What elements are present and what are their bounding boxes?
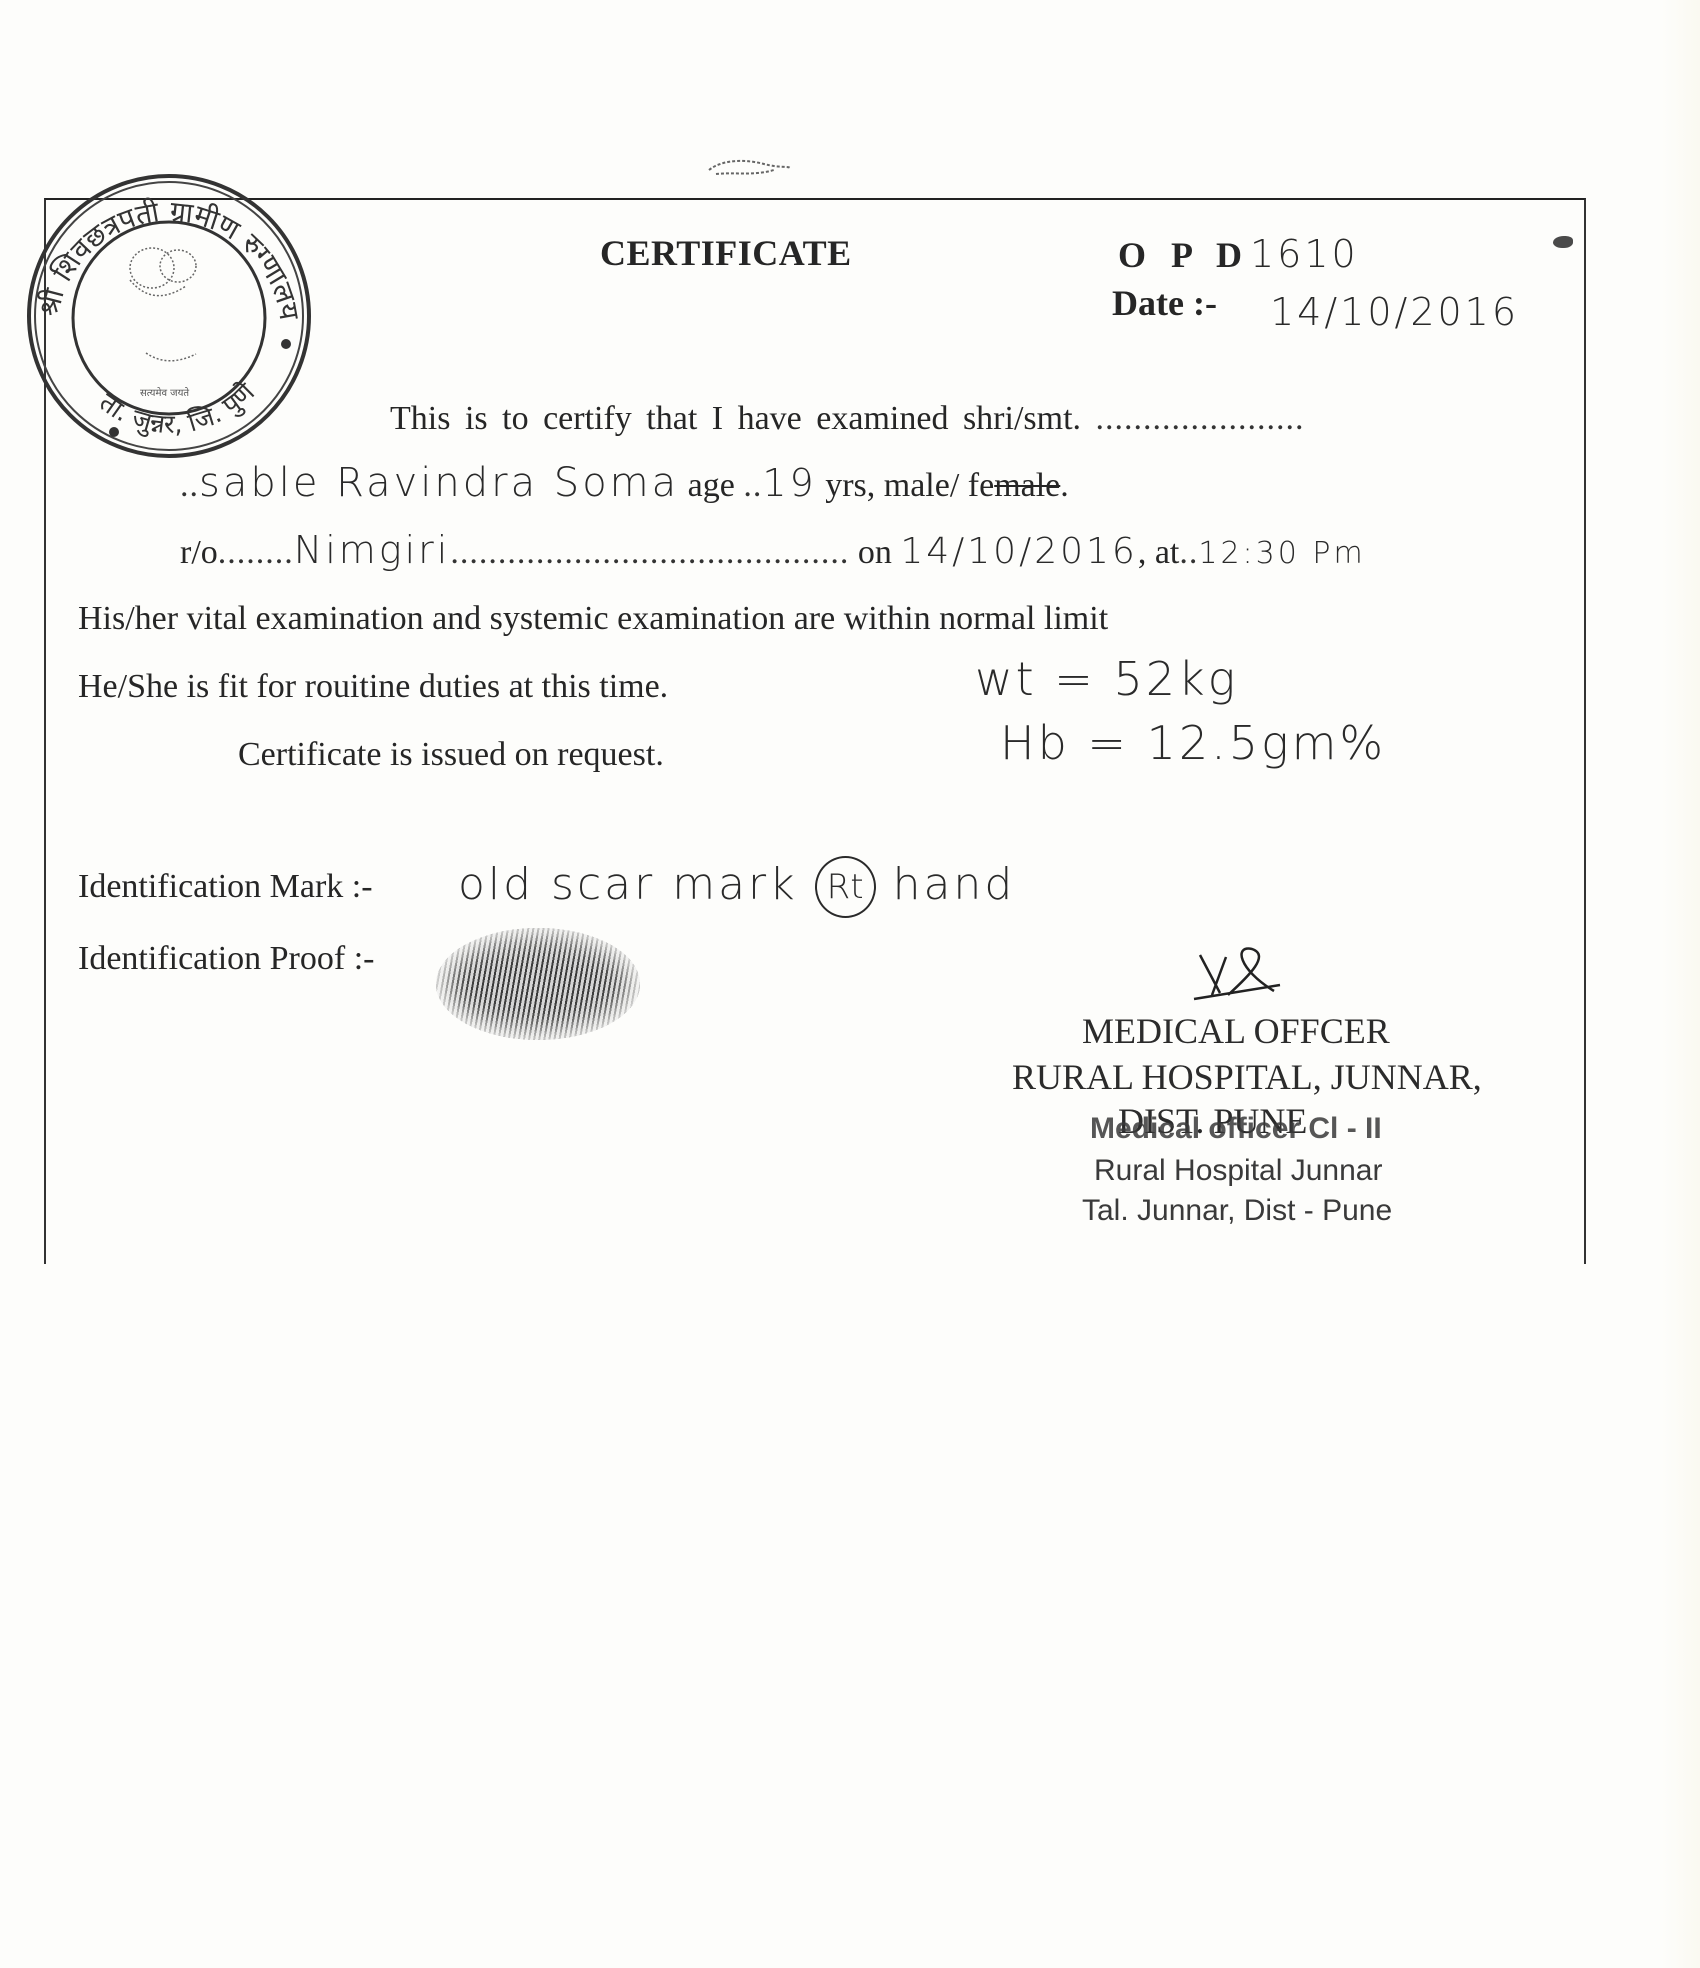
issued-statement: Certificate is issued on request. bbox=[238, 736, 664, 774]
certificate-date: 14/10/2016 bbox=[1270, 290, 1519, 334]
vitals-statement: His/her vital examination and systemic e… bbox=[78, 600, 1108, 638]
weight-note: wt = 52kg bbox=[975, 652, 1238, 706]
residence-line: r/o........Nimgiri......................… bbox=[180, 528, 1366, 572]
certify-statement: This is to certify that I have examined … bbox=[390, 400, 1305, 438]
ro-label: r/o bbox=[180, 534, 218, 571]
thumbprint-icon bbox=[436, 928, 640, 1040]
ink-blot-icon bbox=[1553, 236, 1573, 248]
officer-title: MEDICAL OFFCER bbox=[1082, 1010, 1390, 1052]
age-label: age bbox=[688, 467, 735, 504]
at-label: at bbox=[1155, 534, 1180, 571]
patient-age: 19 bbox=[762, 461, 816, 505]
residence-value: Nimgiri bbox=[294, 528, 451, 572]
gender-prefix: yrs, male/ fe bbox=[825, 467, 994, 504]
identification-mark-label: Identification Mark :- bbox=[78, 868, 373, 906]
gender-struck: male bbox=[994, 467, 1060, 504]
exam-time: 12:30 Pm bbox=[1198, 536, 1365, 571]
signature-icon bbox=[1190, 945, 1290, 1005]
scan-smudge-icon bbox=[704, 152, 794, 182]
svg-text:सत्यमेव जयते: सत्यमेव जयते bbox=[140, 387, 189, 399]
on-label: on bbox=[858, 534, 892, 571]
hemoglobin-note: Hb = 12.5gm% bbox=[1000, 716, 1386, 770]
patient-name: sable Ravindra Soma bbox=[199, 460, 679, 506]
right-side-circled: Rt bbox=[815, 856, 876, 918]
paper-edge bbox=[1662, 0, 1700, 1968]
seal-line-3: Tal. Junnar, Dist - Pune bbox=[1082, 1194, 1392, 1228]
svg-text:ता. जुन्नर, जि. पुणे: ता. जुन्नर, जि. पुणे bbox=[94, 376, 262, 440]
identification-mark-value: old scar mark Rt hand bbox=[458, 856, 1015, 918]
seal-line-1: Medical officer Cl - II bbox=[1090, 1112, 1382, 1146]
hospital-stamp-icon: श्री शिवछत्रपती ग्रामीण रुग्णालय जुन्नर … bbox=[18, 168, 318, 458]
certify-text: This is to certify that I have examined … bbox=[390, 400, 1081, 437]
exam-date: 14/10/2016 bbox=[900, 531, 1138, 572]
name-fill-dots: ...................... bbox=[1096, 400, 1305, 437]
patient-line: ..sable Ravindra Soma age ..19 yrs, male… bbox=[180, 460, 1069, 506]
opd-number: 1610 bbox=[1250, 232, 1359, 276]
seal-line-2: Rural Hospital Junnar bbox=[1094, 1154, 1382, 1188]
hospital-name: RURAL HOSPITAL, JUNNAR, bbox=[1012, 1056, 1482, 1098]
opd-label: O P D bbox=[1118, 234, 1250, 276]
date-label: Date :- bbox=[1112, 282, 1217, 324]
certificate-title: CERTIFICATE bbox=[600, 232, 852, 274]
fitness-statement: He/She is fit for rouitine duties at thi… bbox=[78, 668, 668, 706]
identification-proof-label: Identification Proof :- bbox=[78, 940, 374, 978]
